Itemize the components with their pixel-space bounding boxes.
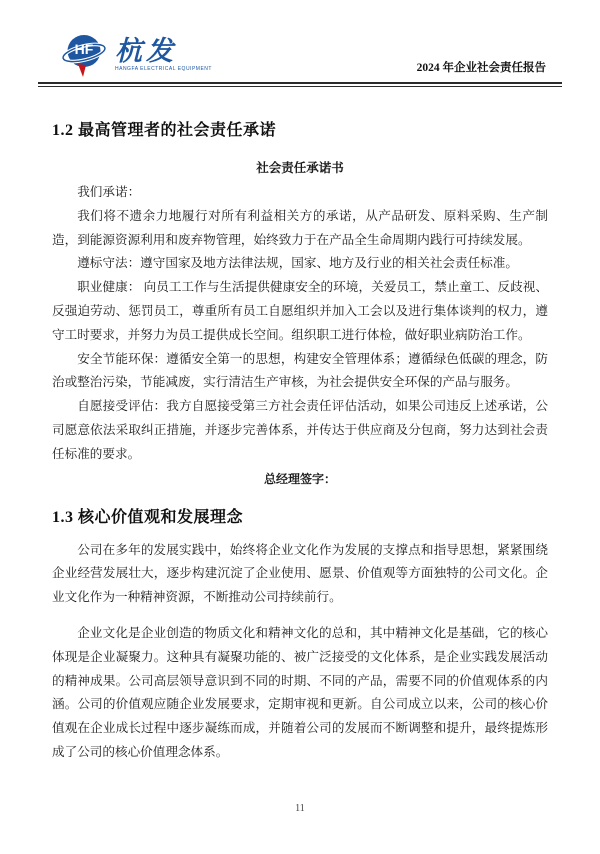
- paragraph-law-compliance: 遵标守法：遵守国家及地方法律法规，国家、地方及行业的相关社会责任标准。: [52, 252, 548, 276]
- header-divider: [38, 82, 562, 87]
- page-number: 11: [295, 803, 305, 814]
- hf-globe-icon: HF: [62, 32, 108, 78]
- paragraph-voluntary-assessment: 自愿接受评估：我方自愿接受第三方社会责任评估活动，如果公司违反上述承诺，公司愿意…: [52, 395, 548, 466]
- brand-caption: HANGFA ELECTRICAL EQUIPMENT: [115, 66, 212, 72]
- logo-red-wedge: [78, 64, 86, 77]
- paragraph-occupational-health: 职业健康： 向员工工作与生活提供健康安全的环境，关爱员工，禁止童工、反歧视、反强…: [52, 276, 548, 347]
- paragraph-commitment-intro: 我们承诺：: [52, 181, 548, 205]
- paragraph-lifecycle-commitment: 我们将不遗余力地履行对所有利益相关方的承诺，从产品研发、原料采购、生产制造，到能…: [52, 205, 548, 253]
- logo-monogram: HF: [75, 41, 94, 57]
- commitment-letter-title: 社会责任承诺书: [52, 157, 548, 179]
- document-body: 1.2 最高管理者的社会责任承诺 社会责任承诺书 我们承诺： 我们将不遗余力地履…: [52, 117, 548, 765]
- brand-name: 杭发: [115, 38, 212, 64]
- paragraph-culture-values: 企业文化是企业创造的物质文化和精神文化的总和，其中精神文化是基础，它的核心体现是…: [52, 622, 548, 765]
- paragraph-safety-environment: 安全节能环保：遵循安全第一的思想，构建安全管理体系；遵循绿色低碳的理念，防治或整…: [52, 348, 548, 396]
- page-header: HF 杭发 HANGFA ELECTRICAL EQUIPMENT 2024 年…: [62, 32, 560, 78]
- report-page: HF 杭发 HANGFA ELECTRICAL EQUIPMENT 2024 年…: [0, 0, 600, 854]
- gm-signature-label: 总经理签字：: [52, 467, 548, 491]
- company-logo: HF 杭发 HANGFA ELECTRICAL EQUIPMENT: [62, 32, 212, 78]
- page-footer: 11: [0, 803, 600, 814]
- paragraph-culture-foundation: 公司在多年的发展实践中，始终将企业文化作为发展的支撑点和指导思想，紧紧围绕企业经…: [52, 539, 548, 610]
- section-heading-1-2: 1.2 最高管理者的社会责任承诺: [52, 117, 548, 140]
- header-report-title: 2024 年企业社会责任报告: [417, 59, 560, 78]
- section-heading-1-3: 1.3 核心价值观和发展理念: [52, 504, 548, 527]
